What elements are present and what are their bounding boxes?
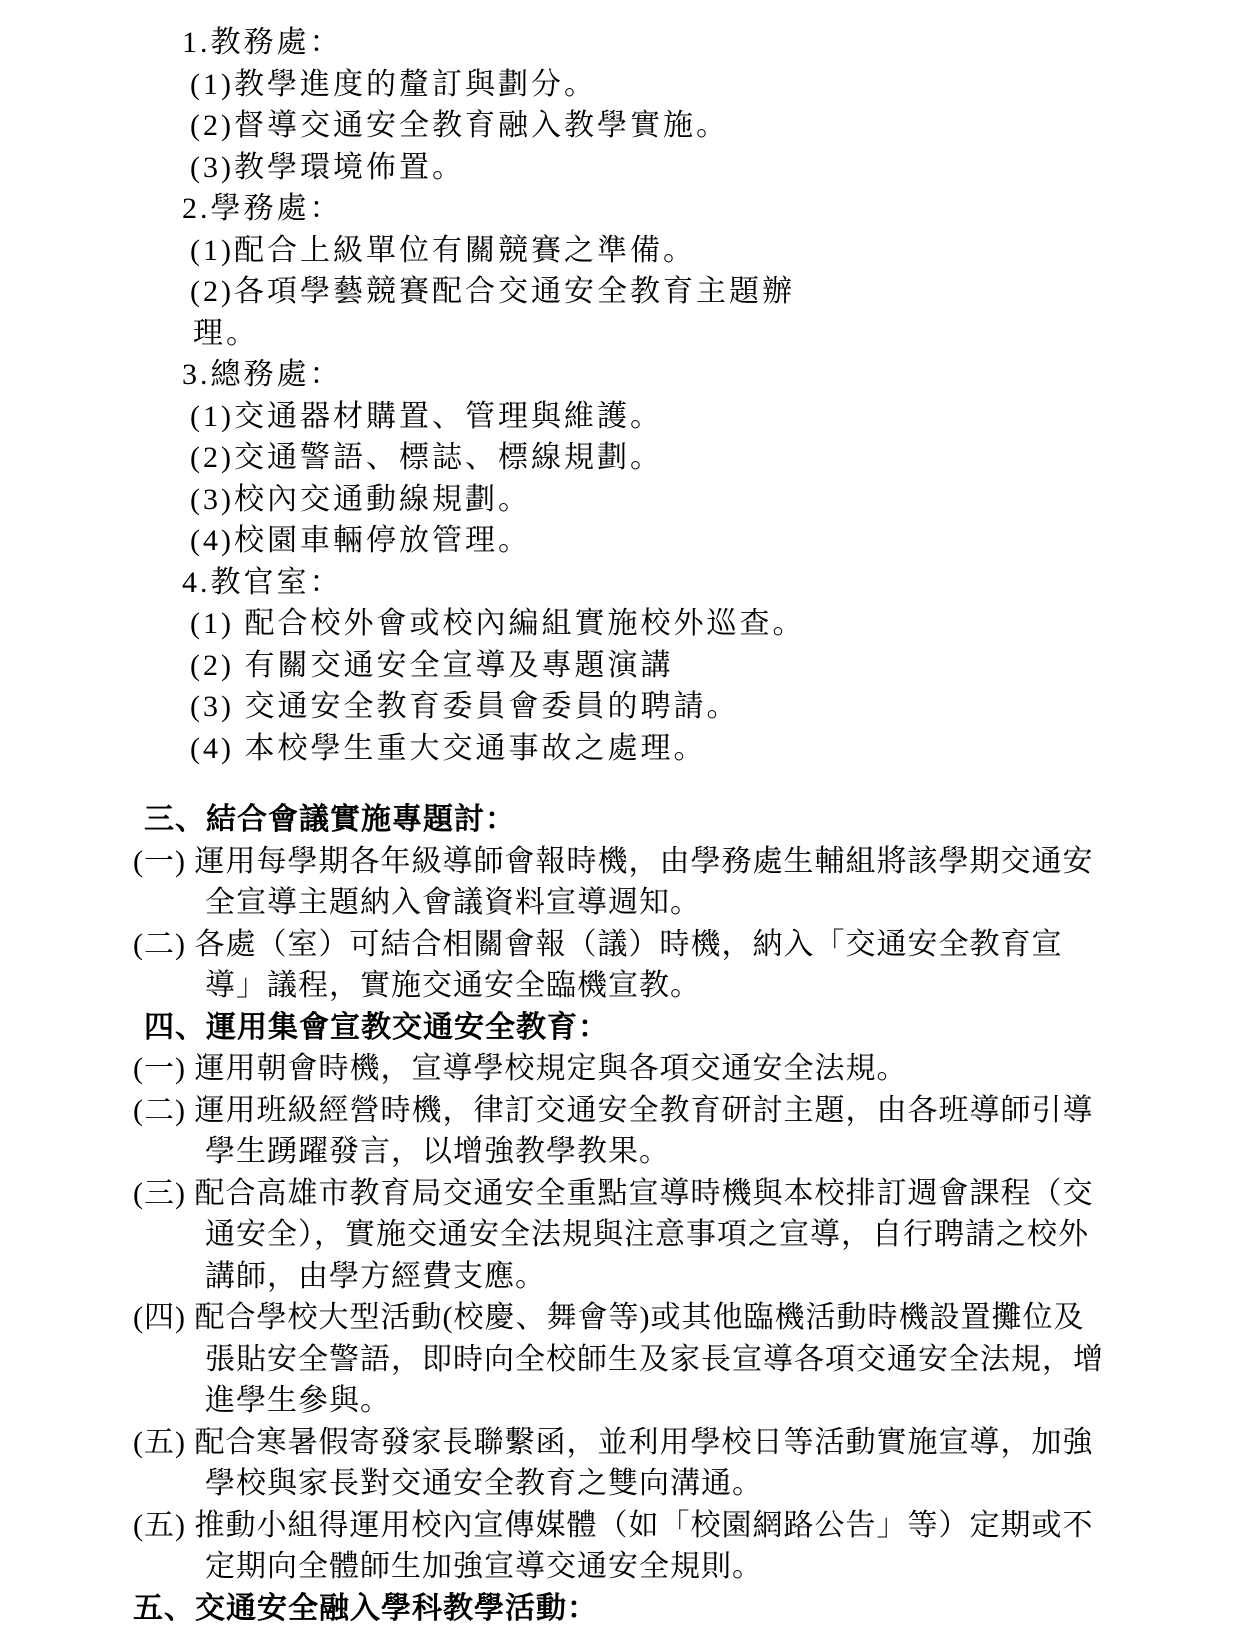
dept-item-line: (4)校園車輛停放管理。 bbox=[190, 520, 1240, 562]
continuation-line: 理。 bbox=[193, 313, 1240, 355]
continuation-line: 學校與家長對交通安全教育之雙向溝通。 bbox=[205, 1463, 1240, 1505]
dept-item-line: (1)交通器材購置、管理與維護。 bbox=[190, 396, 1240, 438]
continuation-line: 定期向全體師生加強宣導交通安全規則。 bbox=[205, 1546, 1240, 1588]
dept-item-line: (3)校內交通動線規劃。 bbox=[190, 479, 1240, 521]
dept-item-line: (1)配合上級單位有關競賽之準備。 bbox=[190, 230, 1240, 272]
continuation-line: 導」議程，實施交通安全臨機宣教。 bbox=[205, 965, 1240, 1007]
outline-item-line: (一) 運用每學期各年級導師會報時機，由學務處生輔組將該學期交通安 bbox=[133, 841, 1240, 883]
dept-heading-line: 3.總務處： bbox=[182, 354, 1240, 396]
dept-item-line: (1)教學進度的釐訂與劃分。 bbox=[190, 64, 1240, 106]
dept-item-line: (4) 本校學生重大交通事故之處理。 bbox=[190, 728, 1240, 770]
outline-item-line: (一) 運用朝會時機，宣導學校規定與各項交通安全法規。 bbox=[133, 1048, 1240, 1090]
dept-item-line: (3) 交通安全教育委員會委員的聘請。 bbox=[190, 686, 1240, 728]
outline-item-line: (二) 運用班級經營時機，律訂交通安全教育研討主題，由各班導師引導 bbox=[133, 1090, 1240, 1132]
outline-item-line: (五) 推動小組得運用校內宣傳媒體（如「校園網路公告」等）定期或不 bbox=[133, 1505, 1240, 1547]
section-heading-3: 三、結合會議實施專題討： bbox=[144, 799, 1240, 841]
dept-item-line: (2)各項學藝競賽配合交通安全教育主題辦 bbox=[190, 271, 1240, 313]
outline-item-line: (二) 各處（室）可結合相關會報（議）時機，納入「交通安全教育宣 bbox=[133, 924, 1240, 966]
outline-item-line: (五) 配合寒暑假寄發家長聯繫函，並利用學校日等活動實施宣導，加強 bbox=[133, 1422, 1240, 1464]
dept-heading-line: 1.教務處： bbox=[182, 22, 1240, 64]
dept-item-line: (2)交通警語、標誌、標線規劃。 bbox=[190, 437, 1240, 479]
continuation-line: 張貼安全警語，即時向全校師生及家長宣導各項交通安全法規，增 bbox=[205, 1339, 1240, 1381]
continuation-line: 通安全），實施交通安全法規與注意事項之宣導，自行聘請之校外 bbox=[205, 1214, 1240, 1256]
outline-item-line: (四) 配合學校大型活動(校慶、舞會等)或其他臨機活動時機設置攤位及 bbox=[133, 1297, 1240, 1339]
continuation-line: 講師，由學方經費支應。 bbox=[205, 1256, 1240, 1298]
section-heading-4: 四、運用集會宣教交通安全教育： bbox=[144, 1007, 1240, 1049]
department-duties-list: 1.教務處： (1)教學進度的釐訂與劃分。 (2)督導交通安全教育融入教學實施。… bbox=[0, 22, 1240, 769]
section-outline: 三、結合會議實施專題討： (一) 運用每學期各年級導師會報時機，由學務處生輔組將… bbox=[0, 799, 1240, 1629]
continuation-line: 學生踴躍發言，以增強教學教果。 bbox=[205, 1131, 1240, 1173]
continuation-line: 全宣導主題納入會議資料宣導週知。 bbox=[205, 882, 1240, 924]
dept-item-line: (3)教學環境佈置。 bbox=[190, 147, 1240, 189]
document-page: 1.教務處： (1)教學進度的釐訂與劃分。 (2)督導交通安全教育融入教學實施。… bbox=[0, 0, 1240, 1652]
dept-heading-line: 4.教官室： bbox=[182, 562, 1240, 604]
section-heading-5: 五、交通安全融入學科教學活動： bbox=[133, 1588, 1240, 1630]
dept-heading-line: 2.學務處： bbox=[182, 188, 1240, 230]
continuation-line: 進學生參與。 bbox=[205, 1380, 1240, 1422]
outline-item-line: (三) 配合高雄市教育局交通安全重點宣導時機與本校排訂週會課程（交 bbox=[133, 1173, 1240, 1215]
dept-item-line: (2)督導交通安全教育融入教學實施。 bbox=[190, 105, 1240, 147]
dept-item-line: (1) 配合校外會或校內編組實施校外巡查。 bbox=[190, 603, 1240, 645]
dept-item-line: (2) 有關交通安全宣導及專題演講 bbox=[190, 645, 1240, 687]
